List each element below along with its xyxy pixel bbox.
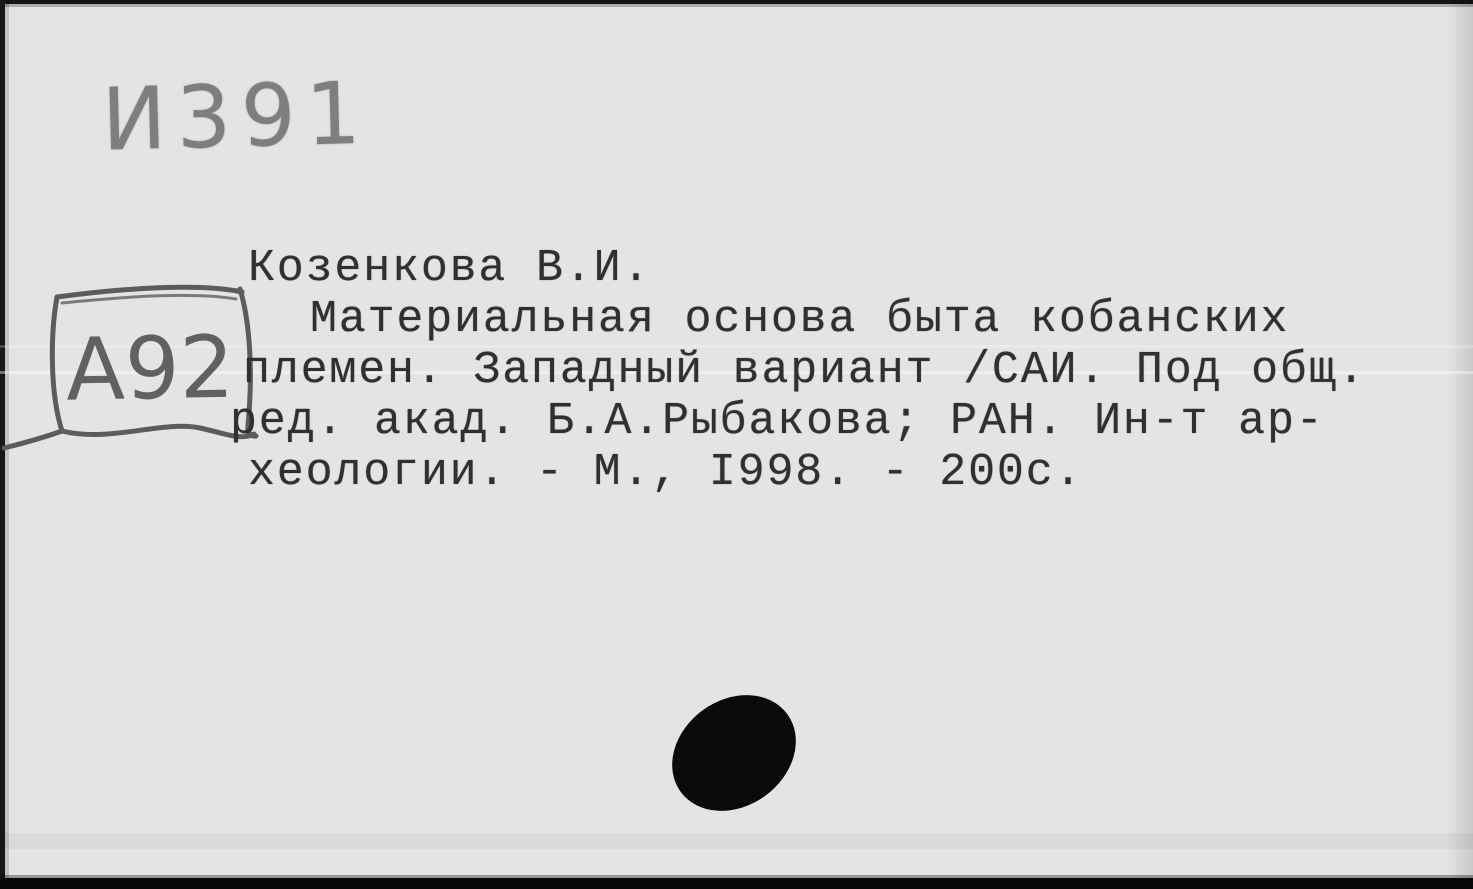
bib-line-author: Козенкова В.И. bbox=[248, 243, 1366, 294]
handwritten-call-number: И391 bbox=[101, 68, 383, 165]
card-bottom-edge bbox=[0, 878, 1473, 889]
bibliographic-entry: Козенкова В.И. Материальная основа быта … bbox=[230, 243, 1366, 498]
bib-line-title-2: племен. Западный вариант /САИ. Под общ. bbox=[243, 345, 1366, 396]
bib-line-editor: ред. акад. Б.А.Рыбакова; РАН. Ин-т ар- bbox=[230, 396, 1366, 447]
card-top-edge-shadow bbox=[0, 4, 1473, 7]
bib-line-imprint: хеологии. - М., I998. - 200с. bbox=[248, 447, 1366, 498]
card-right-edge-shadow bbox=[1447, 0, 1473, 889]
ink-blot bbox=[640, 660, 860, 860]
catalog-card-scan: И391 А92 Козенкова В.И. Материальная осн… bbox=[0, 0, 1473, 889]
bib-line-title-1: Материальная основа быта кобанских bbox=[310, 294, 1366, 345]
shelf-mark: А92 bbox=[65, 318, 235, 421]
